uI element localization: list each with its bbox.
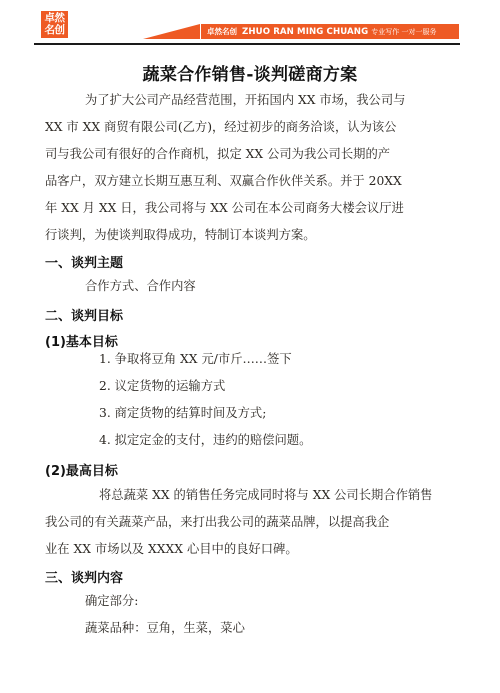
intro-line-6: 行谈判，为使谈判取得成功，特制订本谈判方案。: [45, 225, 316, 243]
section-1-heading: 一、谈判主题: [45, 252, 123, 271]
basic-goal-item-2: 2. 议定货物的运输方式: [99, 376, 225, 394]
top-goal-line-2: 我公司的有关蔬菜产品，来打出我公司的蔬菜品牌，以提高我企: [45, 512, 389, 530]
intro-line-5: 年 XX 月 XX 日，我公司将与 XX 公司在本公司商务大楼会议厅进: [45, 198, 404, 216]
intro-line-2: XX 市 XX 商贸有限公司(乙方)，经过初步的商务洽谈，认为该公: [45, 117, 396, 135]
brand-banner: 卓然名创 ZHUO RAN MING CHUANG 专业写作 一对一服务: [201, 24, 459, 39]
banner-brand-cn: 卓然名创: [207, 26, 237, 37]
banner-tagline: 专业写作 一对一服务: [371, 27, 436, 37]
subsection-basic-goal-heading: (1)基本目标: [45, 331, 118, 350]
logo-line-1: 卓然: [41, 12, 68, 24]
banner-wedge-decoration: [143, 24, 200, 39]
basic-goal-item-3: 3. 商定货物的结算时间及方式;: [99, 403, 266, 421]
logo-line-2: 名创: [41, 24, 68, 36]
section-3-heading: 三、谈判内容: [45, 567, 123, 586]
document-title: 蔬菜合作销售-谈判磋商方案: [0, 60, 500, 85]
basic-goal-item-1: 1. 争取将豆角 XX 元/市斤……签下: [99, 349, 292, 367]
header-divider: [34, 43, 460, 45]
top-goal-line-1: 将总蔬菜 XX 的销售任务完成同时将与 XX 公司长期合作销售: [99, 485, 432, 503]
intro-line-3: 司与我公司有很好的合作商机，拟定 XX 公司为我公司长期的产: [45, 144, 390, 162]
section-3-line-1: 确定部分:: [85, 591, 138, 609]
section-2-heading: 二、谈判目标: [45, 305, 123, 324]
banner-brand-en: ZHUO RAN MING CHUANG: [242, 27, 368, 37]
intro-line-4: 品客户，双方建立长期互惠互利、双赢合作伙伴关系。并于 20XX: [45, 171, 402, 189]
intro-line-1: 为了扩大公司产品经营范围，开拓国内 XX 市场，我公司与: [85, 90, 405, 108]
top-goal-line-3: 业在 XX 市场以及 XXXX 心目中的良好口碑。: [45, 539, 298, 557]
subsection-top-goal-heading: (2)最高目标: [45, 460, 118, 479]
brand-logo: 卓然 名创: [41, 11, 68, 38]
section-1-content: 合作方式、合作内容: [85, 276, 196, 294]
section-3-line-2: 蔬菜品种：豆角，生菜，菜心: [85, 618, 245, 636]
basic-goal-item-4: 4. 拟定定金的支付，违约的赔偿问题。: [99, 430, 311, 448]
